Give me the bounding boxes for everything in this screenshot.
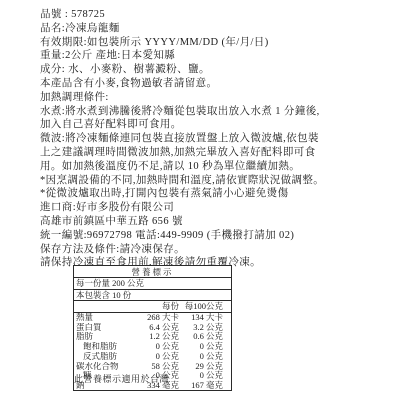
nutrition-footnote: 此營養標示適用於台灣 xyxy=(74,372,169,385)
product-label-page: 品號 : 578725 品名:冷凍烏龍麵 有效期限:如包裝所示 YYYY/MM/… xyxy=(0,0,400,400)
nutrient-name: 反式脂肪 xyxy=(74,352,138,361)
nutrient-name: 脂肪 xyxy=(74,332,138,341)
nutrient-name: 飽和脂肪 xyxy=(74,342,138,351)
per-serving-header: 每份 xyxy=(138,302,182,311)
nutrient-name: 熱量 xyxy=(74,313,138,322)
per-100g-value: 0.6 公克 xyxy=(182,332,226,341)
per-100g-value: 0 公克 xyxy=(182,352,226,361)
per-serving-value: 58 公克 xyxy=(138,362,182,371)
item-number-line: 品號 : 578725 xyxy=(40,8,380,22)
serving-size-row: 每一份量 200 公克 xyxy=(74,278,231,290)
per-100g-value: 3.2 公克 xyxy=(182,323,226,332)
allergen-line: 本產品含有小麥,食物過敏者請留意。 xyxy=(40,77,380,91)
product-name-line: 品名:冷凍烏龍麵 xyxy=(40,22,380,36)
per-serving-value: 0 公克 xyxy=(138,342,182,351)
nutrition-row-carbohydrate: 碳水化合物 58 公克 29 公克 xyxy=(74,361,231,371)
nutrition-title: 營養標示 xyxy=(74,266,231,278)
nutrition-row-calories: 熱量 268 大卡 134 大卡 xyxy=(74,313,231,323)
nutrient-name: 蛋白質 xyxy=(74,323,138,332)
boil-instruction-line-2: 加入自己喜好配料即可食用。 xyxy=(40,118,380,132)
weight-origin-line: 重量:2公斤 產地:日本愛知縣 xyxy=(40,49,380,63)
per-100g-value: 0 公克 xyxy=(182,371,226,380)
expiry-date-line: 有效期限:如包裝所示 YYYY/MM/DD (年/月/日) xyxy=(40,36,380,50)
heating-header-line: 加熱調理條件: xyxy=(40,91,380,105)
per-serving-value: 268 大卡 xyxy=(138,313,182,322)
microwave-line-1: 微波:將冷凍麵條連同包裝直接放置盤上放入微波爐,依包裝 xyxy=(40,132,380,146)
microwave-line-2: 上之建議調理時間微波加熱,加熱完畢放入喜好配料即可食 xyxy=(40,146,380,160)
per-serving-value: 1.2 公克 xyxy=(138,332,182,341)
note-steam-line: *從微波爐取出時,打開內包裝有蒸氣請小心避免燙傷 xyxy=(40,187,380,201)
per-serving-value: 6.4 公克 xyxy=(138,323,182,332)
storage-method-line: 保存方法及條件:請冷凍保存。 xyxy=(40,243,380,257)
note-adjust-line: *因烹調設備的不同,加熱時間和溫度,請依實際狀況做調整。 xyxy=(40,174,380,188)
header-spacer xyxy=(74,302,138,311)
per-100g-value: 0 公克 xyxy=(182,342,226,351)
boil-instruction-line-1: 水煮:將水煮到沸騰後將冷麵從包裝取出放入水煮 1 分鐘後, xyxy=(40,105,380,119)
importer-line: 進口商:好市多股份有限公司 xyxy=(40,201,380,215)
per-100g-value: 134 大卡 xyxy=(182,313,226,322)
nutrition-row-fat: 脂肪 1.2 公克 0.6 公克 xyxy=(74,332,231,342)
per-100g-value: 29 公克 xyxy=(182,362,226,371)
ingredients-line: 成分: 水、小麥粉、樹薯澱粉、鹽。 xyxy=(40,63,380,77)
per-100g-value: 167 毫克 xyxy=(182,381,226,390)
nutrition-row-protein: 蛋白質 6.4 公克 3.2 公克 xyxy=(74,322,231,332)
nutrition-column-header-row: 每份 每100公克 xyxy=(74,301,231,313)
tax-id-phone-line: 統一編號:96972798 電話:449-9909 (手機撥打請加 02) xyxy=(40,229,380,243)
servings-per-pkg-row: 本包裝含 10 份 xyxy=(74,290,231,302)
per-100g-header: 每100公克 xyxy=(182,302,226,311)
nutrition-row-trans-fat: 反式脂肪 0 公克 0 公克 xyxy=(74,351,231,361)
microwave-line-3: 用。如加熱後溫度仍不足,請以 10 秒為單位繼續加熱。 xyxy=(40,160,380,174)
label-text-block: 品號 : 578725 品名:冷凍烏龍麵 有效期限:如包裝所示 YYYY/MM/… xyxy=(40,8,380,270)
nutrition-row-saturated-fat: 飽和脂肪 0 公克 0 公克 xyxy=(74,342,231,352)
nutrient-name: 碳水化合物 xyxy=(74,362,138,371)
address-line: 高雄市前鎮區中華五路 656 號 xyxy=(40,215,380,229)
per-serving-value: 0 公克 xyxy=(138,352,182,361)
